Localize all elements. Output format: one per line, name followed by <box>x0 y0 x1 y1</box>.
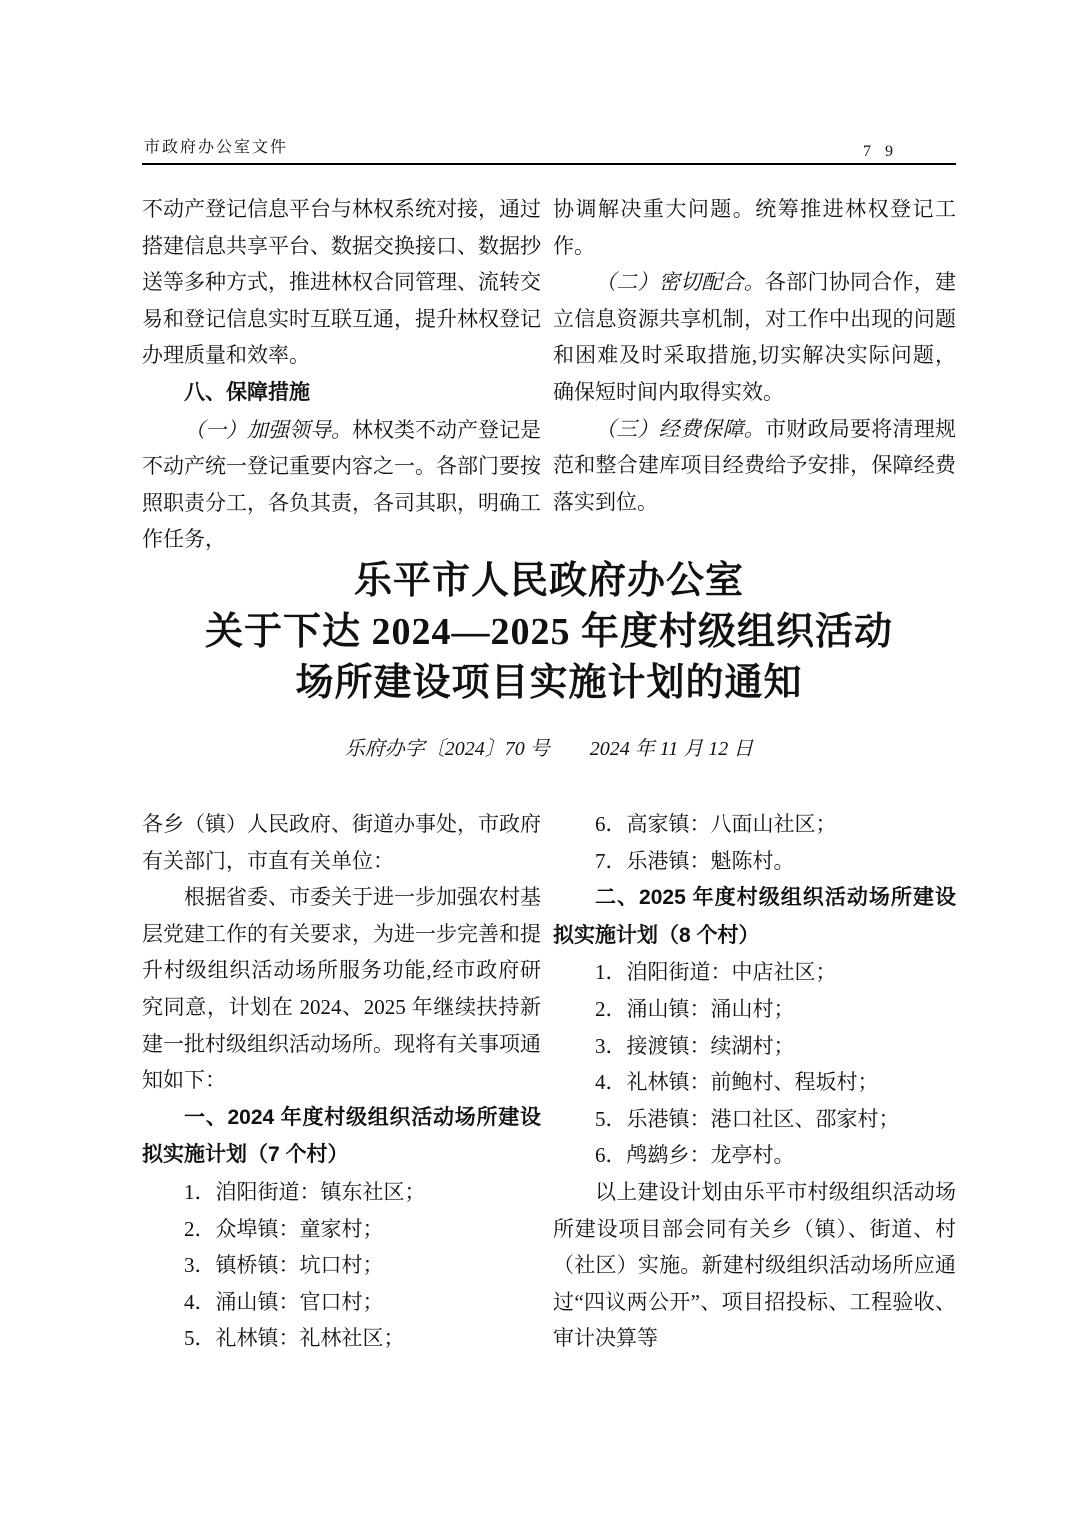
document-title: 乐平市人民政府办公室 关于下达 2024—2025 年度村级组织活动 场所建设项… <box>142 556 956 709</box>
text-run-normal: 3．镇桥镇：坑口村； <box>184 1253 384 1277</box>
title-line-1: 乐平市人民政府办公室 <box>142 556 956 607</box>
salutation: 各乡（镇）人民政府、街道办事处，市政府有关部门，市直有关单位： <box>142 806 541 879</box>
text-run-kai: （一）加强领导。 <box>184 418 352 442</box>
section-heading-2: 二、2025 年度村级组织活动场所建设拟实施计划（8 个村） <box>553 879 956 954</box>
body-right-column: 6．高家镇：八面山社区；7．乐港镇：魁陈村。二、2025 年度村级组织活动场所建… <box>553 806 956 1357</box>
text-run-bold: 二、2025 年度村级组织活动场所建设拟实施计划（8 个村） <box>553 886 956 947</box>
text-run-normal: 各乡（镇）人民政府、街道办事处，市政府有关部门，市直有关单位： <box>142 812 541 873</box>
list-item-2025-4: 4．礼林镇：前鲍村、程坂村； <box>553 1064 956 1101</box>
list-item-2024-7: 7．乐港镇：魁陈村。 <box>553 843 956 880</box>
paragraph-item-3: （三）经费保障。市财政局要将清理规范和整合建库项目经费给予安排，保障经费落实到位… <box>553 411 956 521</box>
page-header: 市政府办公室文件 7 9 <box>142 130 956 165</box>
text-run-kai: （二）密切配合。 <box>595 270 765 294</box>
text-run-normal: 5．礼林镇：礼林社区； <box>184 1326 405 1350</box>
header-label: 市政府办公室文件 <box>144 134 288 157</box>
text-run-bold: 一、2024 年度村级组织活动场所建设拟实施计划（7 个村） <box>142 1106 541 1167</box>
text-run-normal: 4．涌山镇：官口村； <box>184 1290 384 1314</box>
list-item-2025-5: 5．乐港镇：港口社区、邵家村； <box>553 1101 956 1138</box>
text-run-normal: 根据省委、市委关于进一步加强农村基层党建工作的有关要求，为进一步完善和提升村级组… <box>142 885 541 1092</box>
section-heading-1: 一、2024 年度村级组织活动场所建设拟实施计划（7 个村） <box>142 1099 541 1174</box>
paragraph-item-2: （二）密切配合。各部门协同合作，建立信息资源共享机制，对工作中出现的问题和困难及… <box>553 264 956 410</box>
document-number-date: 乐府办字〔2024〕70 号 2024 年 11 月 12 日 <box>142 734 956 764</box>
text-run-normal: 3．接渡镇：续湖村； <box>595 1034 795 1058</box>
list-item-2024-2: 2．众埠镇：童家村； <box>142 1211 541 1248</box>
list-item-2024-6: 6．高家镇：八面山社区； <box>553 806 956 843</box>
paragraph-continuation: 协调解决重大问题。统筹推进林权登记工作。 <box>553 191 956 264</box>
page-number: 7 9 <box>863 143 898 161</box>
text-run-normal: 4．礼林镇：前鲍村、程坂村； <box>595 1070 879 1094</box>
text-run-normal: 不动产登记信息平台与林权系统对接，通过搭建信息共享平台、数据交换接口、数据抄送等… <box>142 197 541 367</box>
text-run-normal: 6．高家镇：八面山社区； <box>595 812 837 836</box>
list-item-2024-1: 1．洎阳街道：镇东社区； <box>142 1174 541 1211</box>
body-section: 各乡（镇）人民政府、街道办事处，市政府有关部门，市直有关单位：根据省委、市委关于… <box>142 806 956 1357</box>
list-item-2024-4: 4．涌山镇：官口村； <box>142 1284 541 1321</box>
text-run-bold: 八、保障措施 <box>184 381 310 404</box>
document-page: 市政府办公室文件 7 9 不动产登记信息平台与林权系统对接，通过搭建信息共享平台… <box>0 0 1074 1520</box>
text-run-kai: （三）经费保障。 <box>595 417 765 441</box>
text-run-normal: 协调解决重大问题。统筹推进林权登记工作。 <box>553 197 956 258</box>
text-run-normal: 2．众埠镇：童家村； <box>184 1217 384 1241</box>
text-run-normal: 6．鸬鹚乡：龙亭村。 <box>595 1143 795 1167</box>
list-item-2024-3: 3．镇桥镇：坑口村； <box>142 1247 541 1284</box>
body-left-column: 各乡（镇）人民政府、街道办事处，市政府有关部门，市直有关单位：根据省委、市委关于… <box>142 806 541 1357</box>
paragraph-intro: 根据省委、市委关于进一步加强农村基层党建工作的有关要求，为进一步完善和提升村级组… <box>142 879 541 1099</box>
list-item-2025-6: 6．鸬鹚乡：龙亭村。 <box>553 1137 956 1174</box>
text-run-normal: 2．涌山镇：涌山村； <box>595 997 795 1021</box>
text-run-normal: 以上建设计划由乐平市村级组织活动场所建设项目部会同有关乡（镇）、街道、村（社区）… <box>553 1180 956 1350</box>
text-run-normal: 1．洎阳街道：中店社区； <box>595 960 837 984</box>
top-left-column: 不动产登记信息平台与林权系统对接，通过搭建信息共享平台、数据交换接口、数据抄送等… <box>142 191 541 558</box>
paragraph-closing: 以上建设计划由乐平市村级组织活动场所建设项目部会同有关乡（镇）、街道、村（社区）… <box>553 1174 956 1357</box>
top-section: 不动产登记信息平台与林权系统对接，通过搭建信息共享平台、数据交换接口、数据抄送等… <box>142 191 956 558</box>
list-item-2025-3: 3．接渡镇：续湖村； <box>553 1028 956 1065</box>
paragraph-continuation: 不动产登记信息平台与林权系统对接，通过搭建信息共享平台、数据交换接口、数据抄送等… <box>142 191 541 374</box>
list-item-2025-1: 1．洎阳街道：中店社区； <box>553 954 956 991</box>
text-run-normal: 7．乐港镇：魁陈村。 <box>595 849 795 873</box>
text-run-normal: 1．洎阳街道：镇东社区； <box>184 1180 426 1204</box>
title-line-3: 场所建设项目实施计划的通知 <box>142 658 956 709</box>
top-right-column: 协调解决重大问题。统筹推进林权登记工作。（二）密切配合。各部门协同合作，建立信息… <box>553 191 956 558</box>
section-heading-8: 八、保障措施 <box>142 374 541 412</box>
title-line-2: 关于下达 2024—2025 年度村级组织活动 <box>142 607 956 658</box>
list-item-2024-5: 5．礼林镇：礼林社区； <box>142 1320 541 1357</box>
text-run-normal: 5．乐港镇：港口社区、邵家村； <box>595 1107 900 1131</box>
paragraph-item-1: （一）加强领导。林权类不动产登记是不动产统一登记重要内容之一。各部门要按照职责分… <box>142 412 541 558</box>
list-item-2025-2: 2．涌山镇：涌山村； <box>553 991 956 1028</box>
